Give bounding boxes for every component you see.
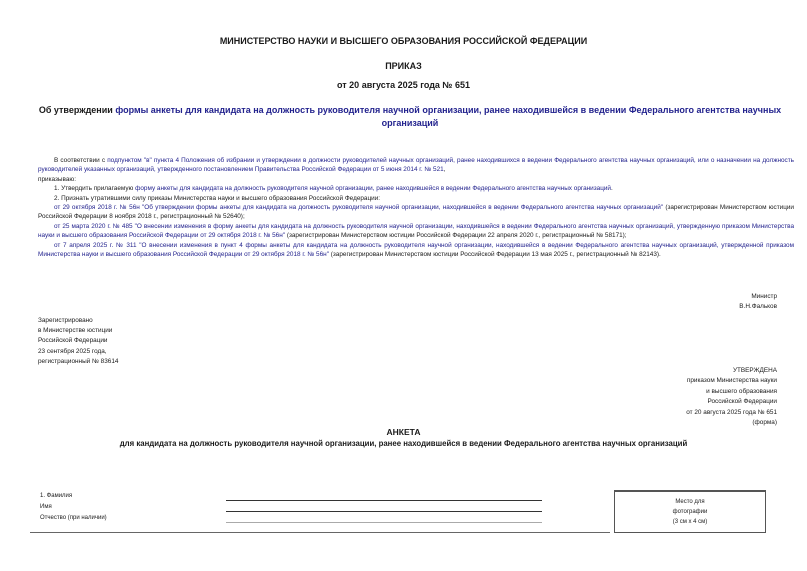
item-1: 1. Утвердить прилагаемую форму анкеты дл…	[38, 184, 794, 193]
order-heading: ПРИКАЗ	[0, 61, 807, 71]
repealed-order-1: от 29 октября 2018 г. № 56н "Об утвержде…	[38, 203, 794, 222]
title-prefix: Об утверждении	[39, 105, 115, 115]
registration-line: Российской Федерации	[38, 336, 118, 346]
preamble-paragraph: В соответствии с подпунктом "в" пункта 4…	[38, 156, 794, 175]
approval-line: и высшего образования	[686, 387, 777, 397]
item-1-link[interactable]: форму анкеты для кандидата на должность …	[135, 185, 611, 192]
photo-caption-line: (3 см x 4 см)	[615, 517, 765, 527]
registration-line: Зарегистрировано	[38, 316, 118, 326]
signatory-position: Министр	[739, 292, 777, 302]
signatory-name: В.Н.Фальков	[739, 302, 777, 312]
preamble: В соответствии с подпунктом "в" пункта 4…	[38, 156, 794, 259]
item-1-prefix: 1. Утвердить прилагаемую	[54, 185, 135, 192]
repealed-order-3-details: (зарегистрирован Министерством юстиции Р…	[329, 251, 661, 258]
approval-line: от 20 августа 2025 года № 651	[686, 408, 777, 418]
approval-block: УТВЕРЖДЕНА приказом Министерства науки и…	[686, 366, 777, 428]
photo-placeholder: Место для фотографии (3 см x 4 см)	[614, 490, 766, 533]
repealed-order-3: от 7 апреля 2025 г. № 311 "О внесении из…	[38, 241, 794, 260]
repealed-order-2-details: (зарегистрирован Министерством юстиции Р…	[285, 232, 627, 239]
registration-line: 23 сентября 2025 года,	[38, 347, 118, 357]
field-label-patronymic: Отчество (при наличии)	[40, 515, 107, 521]
preamble-link[interactable]: подпунктом "в" пункта 4 Положения об изб…	[38, 157, 794, 173]
item-2: 2. Признать утратившими силу приказы Мин…	[38, 194, 794, 203]
repealed-order-2: от 25 марта 2020 г. № 485 "О внесении из…	[38, 222, 794, 241]
approval-line: Российской Федерации	[686, 397, 777, 407]
item-1-suffix: .	[611, 185, 613, 192]
preamble-text: В соответствии с	[54, 157, 107, 164]
ministry-name: МИНИСТЕРСТВО НАУКИ И ВЫСШЕГО ОБРАЗОВАНИЯ…	[0, 36, 807, 46]
field-label-name: Имя	[40, 504, 52, 510]
preamble-text-end: ,	[444, 166, 446, 173]
repealed-order-1-link[interactable]: от 29 октября 2018 г. № 56н "Об утвержде…	[54, 204, 663, 211]
registration-line: в Министерстве юстиции	[38, 326, 118, 336]
photo-caption-line: фотографии	[615, 507, 765, 517]
field-input-name[interactable]	[226, 511, 542, 512]
document-title: Об утверждении формы анкеты для кандидат…	[30, 104, 790, 130]
form-divider	[30, 532, 610, 533]
field-label-surname: 1. Фамилия	[40, 493, 72, 499]
form-fields-area: 1. Фамилия Имя Отчество (при наличии) Ме…	[0, 480, 807, 540]
registration-line: регистрационный № 83614	[38, 357, 118, 367]
ordering-word: приказываю:	[38, 175, 794, 184]
form-title: АНКЕТА	[0, 427, 807, 437]
title-link[interactable]: формы анкеты для кандидата на должность …	[115, 105, 781, 128]
approval-line: УТВЕРЖДЕНА	[686, 366, 777, 376]
field-input-patronymic[interactable]	[226, 522, 542, 523]
form-subtitle: для кандидата на должность руководителя …	[0, 439, 807, 448]
field-input-surname[interactable]	[226, 500, 542, 501]
approval-line: приказом Министерства науки	[686, 376, 777, 386]
registration-block: Зарегистрировано в Министерстве юстиции …	[38, 316, 118, 367]
signature-block: Министр В.Н.Фальков	[739, 292, 777, 312]
order-date: от 20 августа 2025 года № 651	[0, 80, 807, 90]
photo-caption-line: Место для	[615, 497, 765, 507]
